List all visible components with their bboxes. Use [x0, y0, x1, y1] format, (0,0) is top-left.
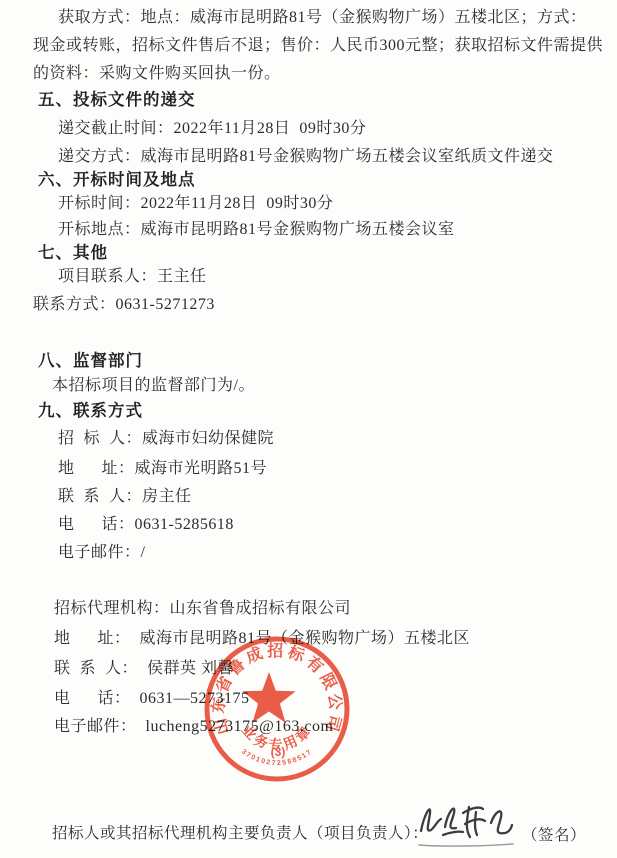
tenderer-address: 地 址：威海市光明路51号	[58, 459, 267, 479]
signature-line-label: 招标人或其招标代理机构主要负责人（项目负责人）：	[52, 824, 428, 844]
company-seal-stamp: 山东省鲁成招标有限公司 业务专用章 (3) 37010272588517	[198, 632, 356, 790]
handwritten-signature	[415, 797, 519, 853]
signature-suffix: （签名）	[522, 826, 586, 846]
contact-phone: 联系方式：0631-5271273	[33, 295, 215, 315]
tenderer-email: 电子邮件：/	[58, 543, 145, 563]
tenderer-name: 招 标 人：威海市妇幼保健院	[58, 429, 274, 449]
submission-deadline: 递交截止时间：2022年11月28日 09时30分	[58, 119, 366, 139]
section-7-heading: 七、其他	[38, 243, 108, 263]
tenderer-contact: 联 系 人：房主任	[58, 487, 192, 507]
acquire-line-3: 的资料：采购文件购买回执一份。	[33, 64, 281, 84]
section-9-heading: 九、联系方式	[38, 401, 143, 421]
acquire-line-1: 获取方式：地点：威海市昆明路81号（金猴购物广场）五楼北区；方式：	[58, 8, 587, 28]
submission-method: 递交方式：威海市昆明路81号金猴购物广场五楼会议室纸质文件递交	[58, 147, 554, 167]
project-contact: 项目联系人：王主任	[58, 267, 207, 287]
bid-opening-time: 开标时间：2022年11月28日 09时30分	[58, 194, 333, 214]
bid-opening-place: 开标地点：威海市昆明路81号金猴购物广场五楼会议室	[58, 220, 455, 240]
supervision-body: 本招标项目的监督部门为/。	[52, 376, 255, 396]
agency-name: 招标代理机构：山东省鲁成招标有限公司	[54, 599, 351, 619]
acquire-line-2: 现金或转账，招标文件售后不退；售价：人民币300元整；获取招标文件需提供	[33, 36, 603, 56]
section-8-heading: 八、监督部门	[38, 351, 143, 371]
tenderer-phone: 电 话：0631-5285618	[58, 515, 234, 535]
seal-star-icon	[242, 672, 295, 723]
seal-number: (3)	[271, 745, 286, 759]
section-5-heading: 五、投标文件的递交	[38, 90, 196, 110]
tender-notice-document: 获取方式：地点：威海市昆明路81号（金猴购物广场）五楼北区；方式： 现金或转账，…	[0, 0, 617, 858]
section-6-heading: 六、开标时间及地点	[38, 170, 196, 190]
